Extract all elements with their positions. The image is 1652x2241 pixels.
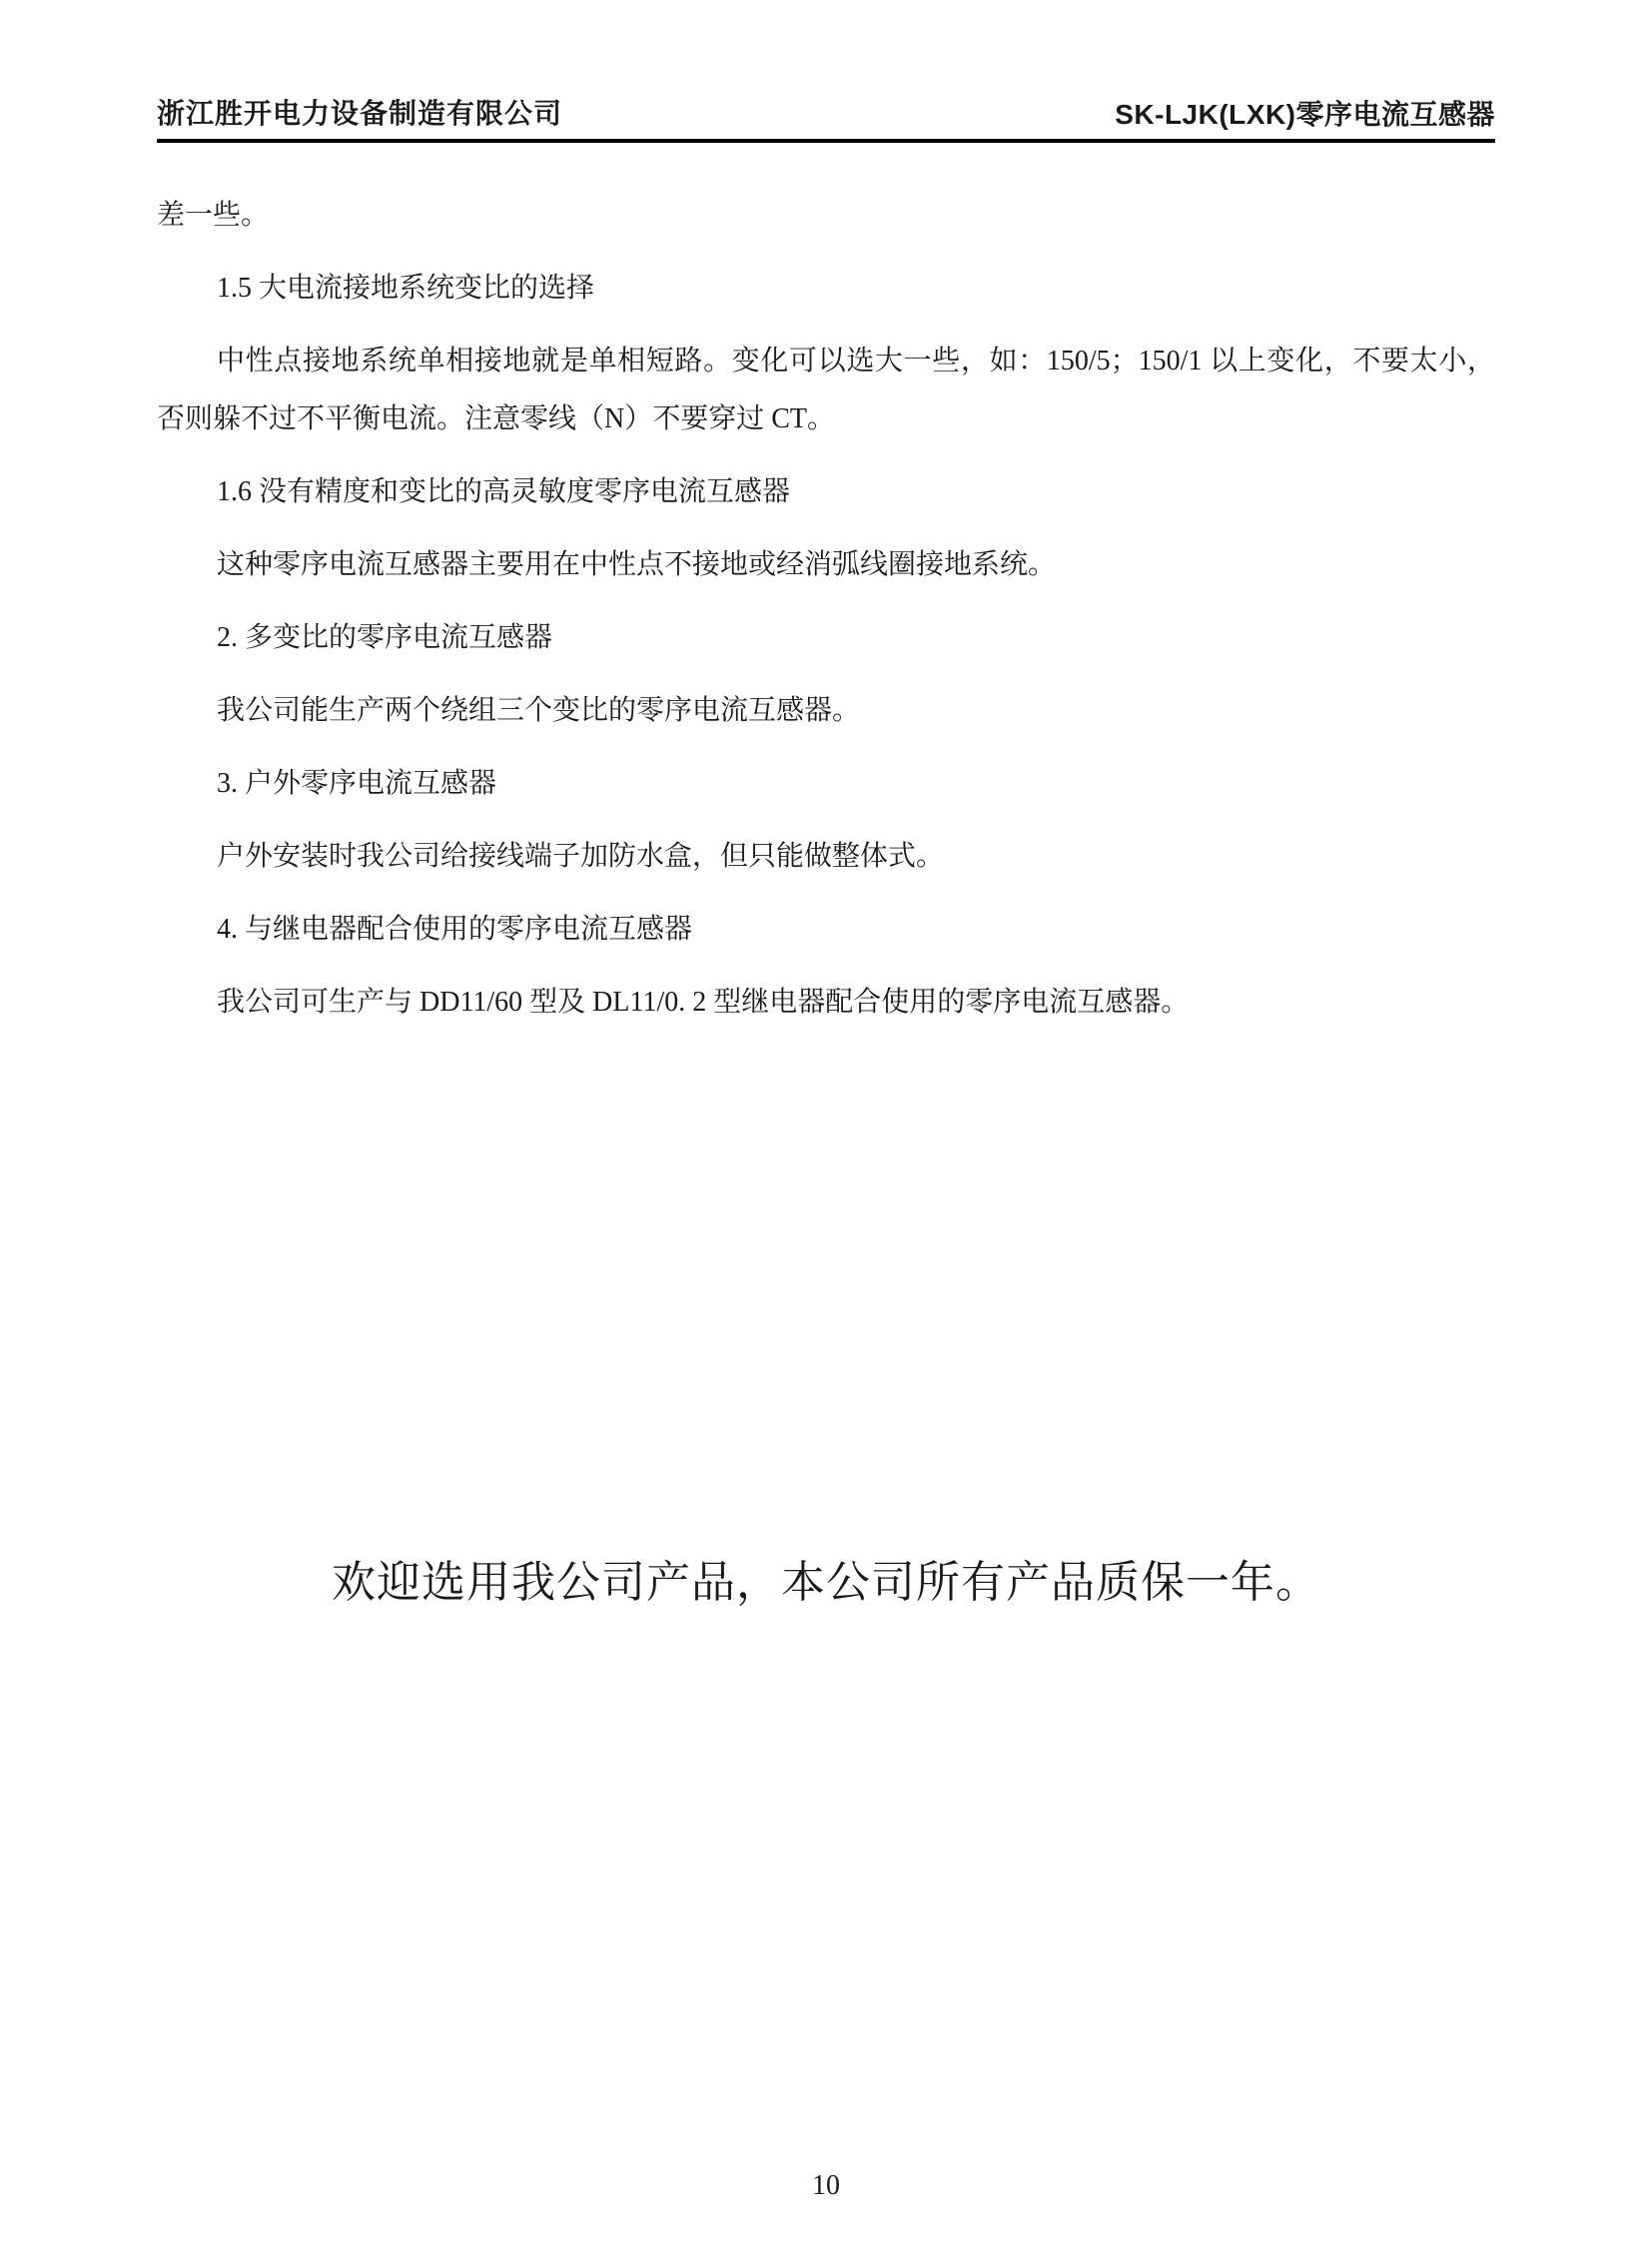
section-heading: 4. 与继电器配合使用的零序电流互感器 xyxy=(157,901,1495,959)
document-body: 差一些。 1.5 大电流接地系统变比的选择 中性点接地系统单相接地就是单相短路。… xyxy=(157,187,1495,1032)
section-heading: 2. 多变比的零序电流互感器 xyxy=(157,609,1495,667)
welcome-statement: 欢迎选用我公司产品，本公司所有产品质保一年。 xyxy=(157,1550,1495,1616)
body-paragraph: 差一些。 xyxy=(157,187,1495,245)
section-heading: 1.6 没有精度和变比的高灵敏度零序电流互感器 xyxy=(157,463,1495,521)
section-heading: 3. 户外零序电流互感器 xyxy=(157,755,1495,813)
body-paragraph: 我公司可生产与 DD11/60 型及 DL11/0. 2 型继电器配合使用的零序… xyxy=(157,974,1495,1032)
section-heading: 1.5 大电流接地系统变比的选择 xyxy=(157,260,1495,318)
body-paragraph: 户外安装时我公司给接线端子加防水盒，但只能做整体式。 xyxy=(157,828,1495,886)
header-product-name: SK-LJK(LXK)零序电流互感器 xyxy=(1115,98,1495,132)
page-number: 10 xyxy=(0,2169,1652,2203)
header-company-name: 浙江胜开电力设备制造有限公司 xyxy=(157,98,562,132)
page-header: 浙江胜开电力设备制造有限公司 SK-LJK(LXK)零序电流互感器 xyxy=(157,98,1495,143)
body-paragraph: 中性点接地系统单相接地就是单相短路。变化可以选大一些，如：150/5；150/1… xyxy=(157,333,1495,448)
body-paragraph: 这种零序电流互感器主要用在中性点不接地或经消弧线圈接地系统。 xyxy=(157,536,1495,594)
document-page: 浙江胜开电力设备制造有限公司 SK-LJK(LXK)零序电流互感器 差一些。 1… xyxy=(0,0,1652,2241)
body-paragraph: 我公司能生产两个绕组三个变比的零序电流互感器。 xyxy=(157,682,1495,740)
